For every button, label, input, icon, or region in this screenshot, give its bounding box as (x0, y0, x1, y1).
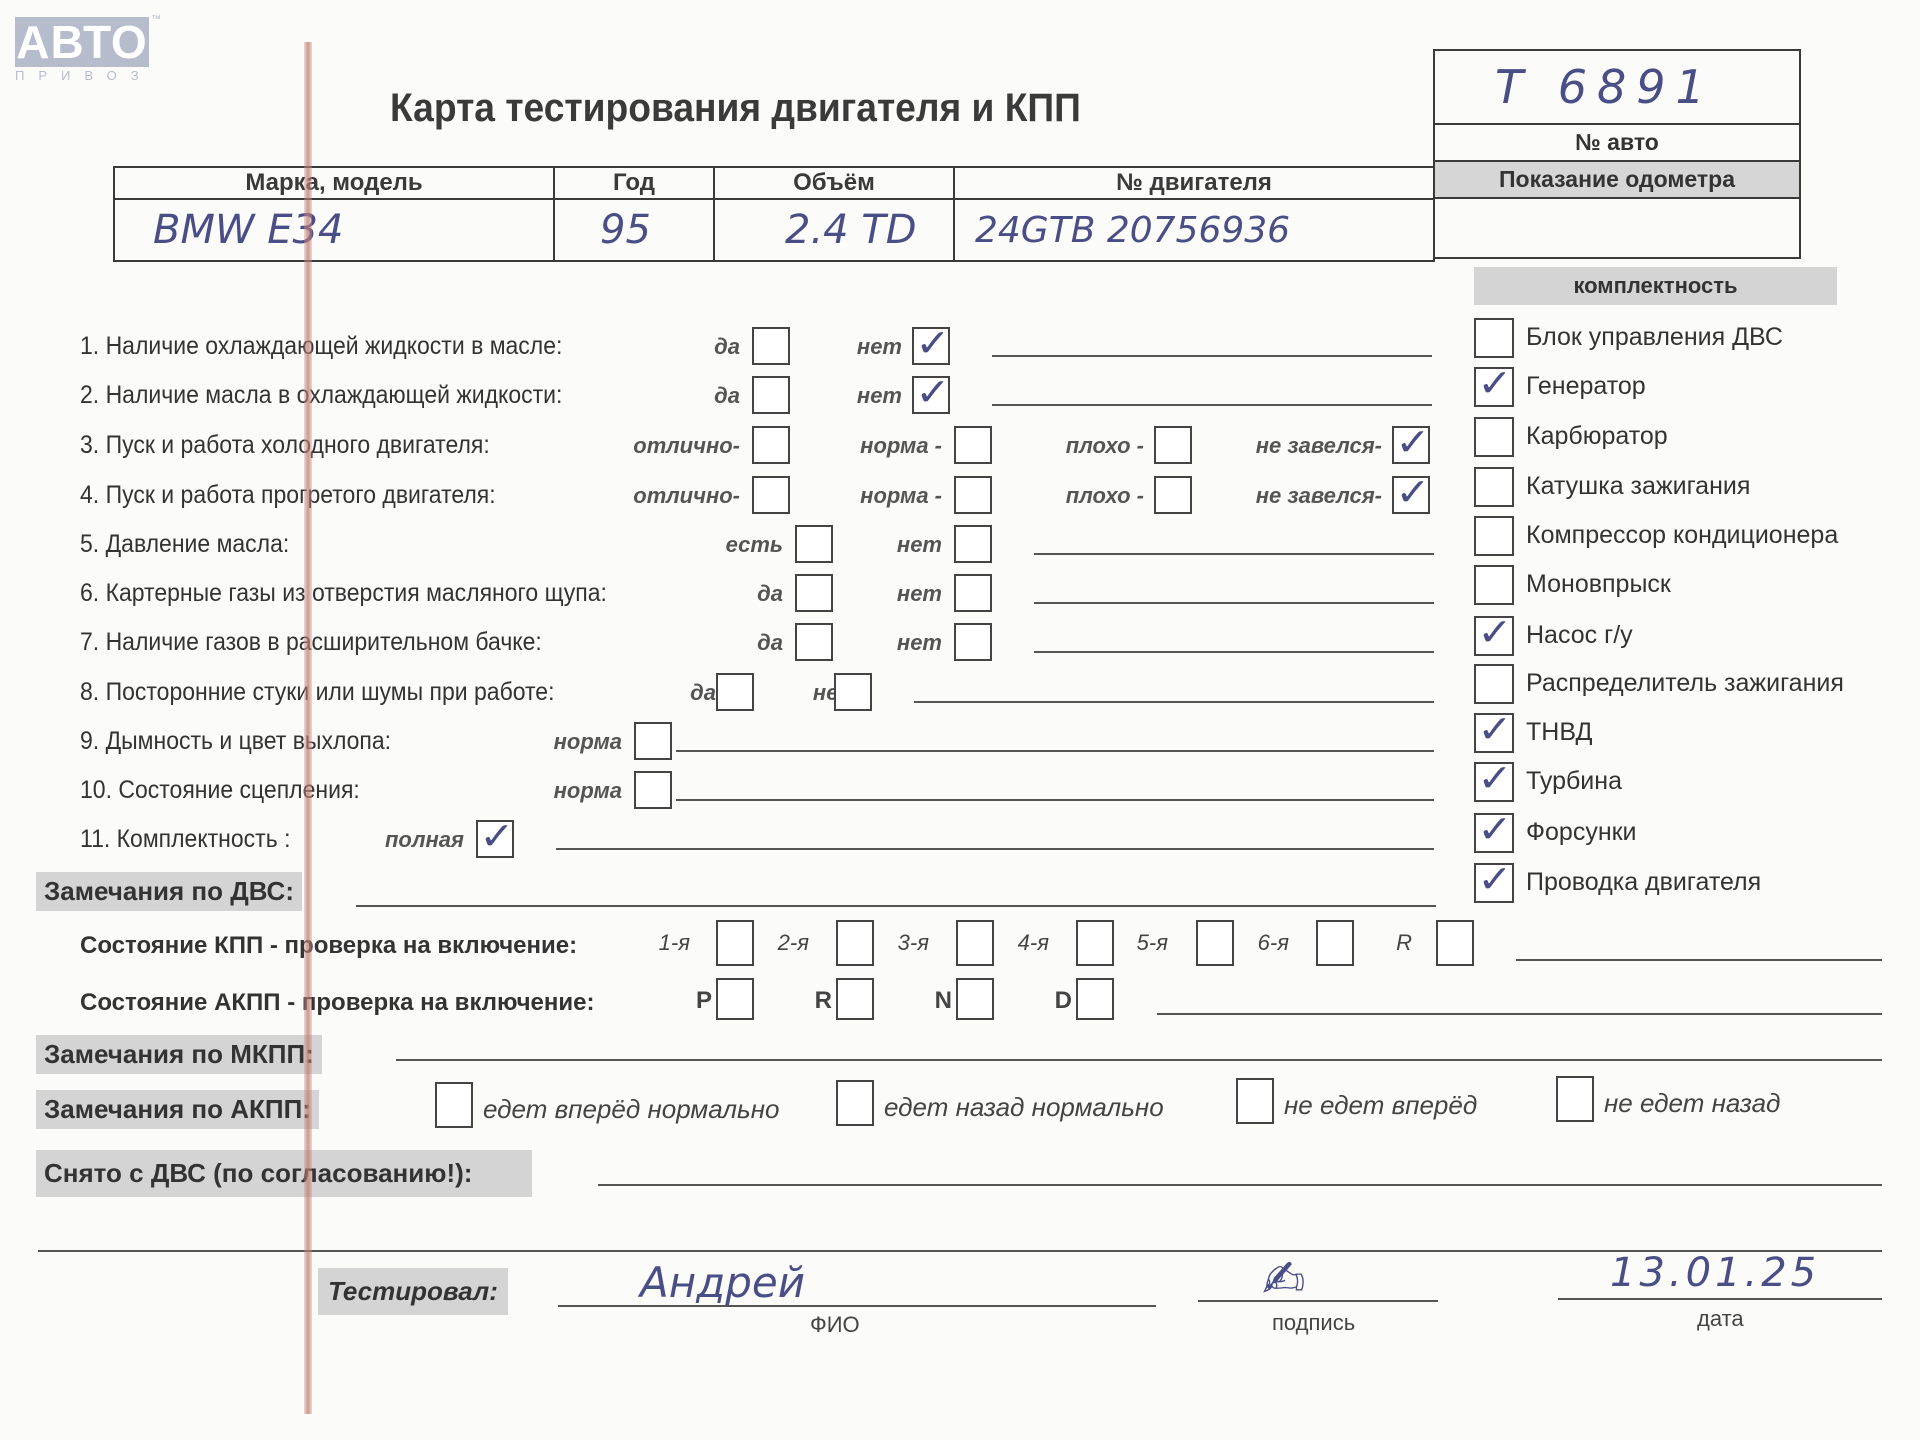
completeness-item-label: Насос г/у (1526, 621, 1633, 650)
auto-gearbox-notes[interactable] (1157, 1013, 1882, 1015)
auto-gearbox-label: Состояние АКПП - проверка на включение: (80, 989, 594, 1017)
checklist-item-label: 10. Состояние сцепления: (80, 776, 360, 805)
option-label: не завелся- (1256, 433, 1382, 459)
mode-checkbox[interactable] (716, 978, 754, 1020)
logo-trademark: ™ (151, 14, 161, 25)
checkbox-unchecked[interactable] (752, 476, 790, 514)
auto-remark-checkbox[interactable] (1556, 1076, 1594, 1122)
gear-label: 1-я (659, 930, 690, 956)
checkbox-unchecked[interactable] (634, 771, 672, 809)
odometer-label: Показание одометра (1435, 162, 1799, 199)
option-label: нет (857, 383, 902, 409)
mode-label: D (1055, 987, 1072, 1015)
manual-remarks-field[interactable] (396, 1059, 1882, 1061)
checkbox-unchecked[interactable] (954, 476, 992, 514)
checkbox-checked[interactable] (1392, 426, 1430, 464)
removed-label: Снято с ДВС (по согласованию!): (36, 1150, 532, 1197)
checkbox-unchecked[interactable] (954, 525, 992, 563)
option-label: полная (385, 827, 464, 853)
option-label: норма (554, 729, 622, 755)
checklist-item-label: 5. Давление масла: (80, 530, 289, 559)
notes-line[interactable] (676, 750, 1434, 752)
checkbox-unchecked[interactable] (795, 574, 833, 612)
completeness-checkbox[interactable] (1474, 762, 1514, 802)
logo: АВТО (15, 17, 149, 67)
auto-remarks-label: Замечания по АКПП: (36, 1090, 319, 1129)
engine-number-field[interactable]: 24GTB 20756936 (954, 199, 1434, 261)
checkbox-unchecked[interactable] (834, 673, 872, 711)
gear-label: 3-я (898, 930, 929, 956)
option-label: норма - (860, 483, 942, 509)
gear-checkbox[interactable] (836, 920, 874, 966)
auto-remark-label: не едет назад (1604, 1088, 1780, 1119)
notes-line[interactable] (1034, 602, 1434, 604)
gear-label: 6-я (1258, 930, 1289, 956)
checklist-item-label: 6. Картерные газы из отверстия масляного… (80, 579, 607, 608)
checkbox-checked[interactable] (912, 376, 950, 414)
notes-line[interactable] (676, 799, 1434, 801)
volume-field[interactable]: 2.4 TD (714, 199, 954, 261)
checklist-item-label: 3. Пуск и работа холодного двигателя: (80, 431, 490, 460)
mode-checkbox[interactable] (1076, 978, 1114, 1020)
header-make-model: Марка, модель (114, 167, 554, 199)
gear-label: 5-я (1137, 930, 1168, 956)
option-label: отлично- (633, 433, 740, 459)
manual-gearbox-notes[interactable] (1516, 959, 1882, 961)
manual-gearbox-label: Состояние КПП - проверка на включение: (80, 932, 577, 960)
date-field[interactable]: 13.01.25 (1610, 1250, 1820, 1296)
notes-line[interactable] (914, 701, 1434, 703)
page-title: Карта тестирования двигателя и КПП (390, 86, 1081, 131)
checkbox-unchecked[interactable] (752, 327, 790, 365)
gear-checkbox[interactable] (956, 920, 994, 966)
completeness-checkbox[interactable] (1474, 565, 1514, 605)
mode-checkbox[interactable] (956, 978, 994, 1020)
manual-remarks-label: Замечания по МКПП: (36, 1035, 322, 1074)
option-label: нет (897, 581, 942, 607)
engine-remarks-label: Замечания по ДВС: (36, 872, 302, 911)
notes-line[interactable] (1034, 651, 1434, 653)
vehicle-box: T 6891 № авто Показание одометра (1433, 49, 1801, 259)
signature-line (1198, 1300, 1438, 1302)
completeness-item-label: Блок управления ДВС (1526, 323, 1783, 352)
tester-name[interactable]: Андрей (640, 1258, 805, 1307)
option-label: да (690, 680, 716, 706)
option-label: норма - (860, 433, 942, 459)
checkbox-unchecked[interactable] (954, 623, 992, 661)
date-caption: дата (1697, 1306, 1744, 1332)
auto-remark-checkbox[interactable] (836, 1080, 874, 1126)
signature-caption: подпись (1272, 1310, 1355, 1336)
mode-checkbox[interactable] (836, 978, 874, 1020)
checkbox-unchecked[interactable] (1154, 426, 1192, 464)
header-volume: Объём (714, 167, 954, 199)
gear-label: 4-я (1018, 930, 1049, 956)
plate-number[interactable]: T 6891 (1435, 51, 1799, 125)
header-year: Год (554, 167, 714, 199)
tested-by-label: Тестировал: (318, 1268, 508, 1315)
completeness-checkbox[interactable] (1474, 516, 1514, 556)
auto-remark-checkbox[interactable] (1236, 1078, 1274, 1124)
plate-label: № авто (1435, 125, 1799, 162)
scan-fold-mark (304, 42, 312, 1414)
completeness-item-label: Карбюратор (1526, 422, 1668, 451)
completeness-header: комплектность (1474, 267, 1837, 305)
auto-remark-label: едет назад нормально (884, 1092, 1164, 1123)
completeness-checkbox[interactable] (1474, 367, 1514, 407)
checkbox-unchecked[interactable] (954, 426, 992, 464)
completeness-checkbox[interactable] (1474, 813, 1514, 853)
odometer-field[interactable] (1435, 199, 1799, 259)
auto-remark-checkbox[interactable] (435, 1082, 473, 1128)
name-caption: ФИО (810, 1312, 860, 1338)
checkbox-unchecked[interactable] (716, 673, 754, 711)
option-label: плохо - (1066, 433, 1144, 459)
completeness-item-label: Генератор (1526, 372, 1646, 401)
auto-remark-label: едет вперёд нормально (483, 1094, 779, 1125)
gear-checkbox[interactable] (1196, 920, 1234, 966)
completeness-item-label: Распределитель зажигания (1526, 669, 1844, 698)
checkbox-checked[interactable] (1392, 476, 1430, 514)
gear-checkbox[interactable] (716, 920, 754, 966)
checklist-item-label: 8. Посторонние стуки или шумы при работе… (80, 678, 554, 707)
gear-checkbox[interactable] (1076, 920, 1114, 966)
completeness-checkbox[interactable] (1474, 616, 1514, 656)
option-label: не завелся- (1256, 483, 1382, 509)
checklist-item-label: 2. Наличие масла в охлаждающей жидкости: (80, 381, 562, 410)
auto-remark-label: не едет вперёд (1284, 1090, 1477, 1121)
option-label: нет (897, 532, 942, 558)
completeness-checkbox[interactable] (1474, 467, 1514, 507)
checkbox-checked[interactable] (912, 327, 950, 365)
checkbox-unchecked[interactable] (634, 722, 672, 760)
completeness-item-label: Форсунки (1526, 818, 1637, 847)
notes-line[interactable] (1034, 553, 1434, 555)
completeness-checkbox[interactable] (1474, 318, 1514, 358)
checklist-item-label: 11. Комплектность : (80, 825, 290, 854)
option-label: есть (726, 532, 783, 558)
option-label: да (757, 581, 783, 607)
mode-label: N (935, 987, 952, 1015)
option-label: да (757, 630, 783, 656)
checkbox-unchecked[interactable] (795, 525, 833, 563)
checkbox-checked[interactable] (476, 820, 514, 858)
logo-subtitle: ПРИВОЗ (15, 68, 149, 83)
notes-line[interactable] (992, 404, 1432, 406)
checkbox-unchecked[interactable] (752, 376, 790, 414)
completeness-checkbox[interactable] (1474, 863, 1514, 903)
option-label: отлично- (633, 483, 740, 509)
notes-line[interactable] (992, 355, 1432, 357)
notes-line[interactable] (556, 848, 1434, 850)
completeness-checkbox[interactable] (1474, 417, 1514, 457)
checklist-item-label: 4. Пуск и работа прогретого двигателя: (80, 481, 496, 510)
make-model-field[interactable]: BMW E34 (114, 199, 554, 261)
option-label: да (714, 334, 740, 360)
completeness-checkbox[interactable] (1474, 664, 1514, 704)
checkbox-unchecked[interactable] (795, 623, 833, 661)
checkbox-unchecked[interactable] (1154, 476, 1192, 514)
gear-label: R (1396, 930, 1412, 956)
mode-label: P (696, 987, 712, 1015)
completeness-item-label: Катушка зажигания (1526, 472, 1750, 501)
mode-label: R (815, 987, 832, 1015)
gear-checkbox[interactable] (1436, 920, 1474, 966)
removed-field-line2[interactable] (38, 1250, 1882, 1252)
checkbox-unchecked[interactable] (954, 574, 992, 612)
completeness-item-label: Проводка двигателя (1526, 868, 1761, 897)
gear-label: 2-я (778, 930, 809, 956)
completeness-item-label: Турбина (1526, 767, 1622, 796)
removed-field[interactable] (598, 1184, 1882, 1186)
completeness-checkbox[interactable] (1474, 713, 1514, 753)
option-label: нет (857, 334, 902, 360)
option-label: нет (897, 630, 942, 656)
header-engine-number: № двигателя (954, 167, 1434, 199)
checkbox-unchecked[interactable] (752, 426, 790, 464)
option-label: норма (554, 778, 622, 804)
name-line (558, 1305, 1156, 1307)
option-label: плохо - (1066, 483, 1144, 509)
completeness-item-label: Моновпрыск (1526, 570, 1671, 599)
checklist-item-label: 9. Дымность и цвет выхлопа: (80, 727, 391, 756)
completeness-item-label: Компрессор кондиционера (1526, 521, 1838, 550)
date-line (1558, 1298, 1882, 1300)
engine-remarks-field[interactable] (356, 905, 1436, 907)
completeness-item-label: ТНВД (1526, 718, 1592, 747)
gear-checkbox[interactable] (1316, 920, 1354, 966)
checklist-item-label: 1. Наличие охлаждающей жидкости в масле: (80, 332, 562, 361)
option-label: да (714, 383, 740, 409)
year-field[interactable]: 95 (554, 199, 714, 261)
